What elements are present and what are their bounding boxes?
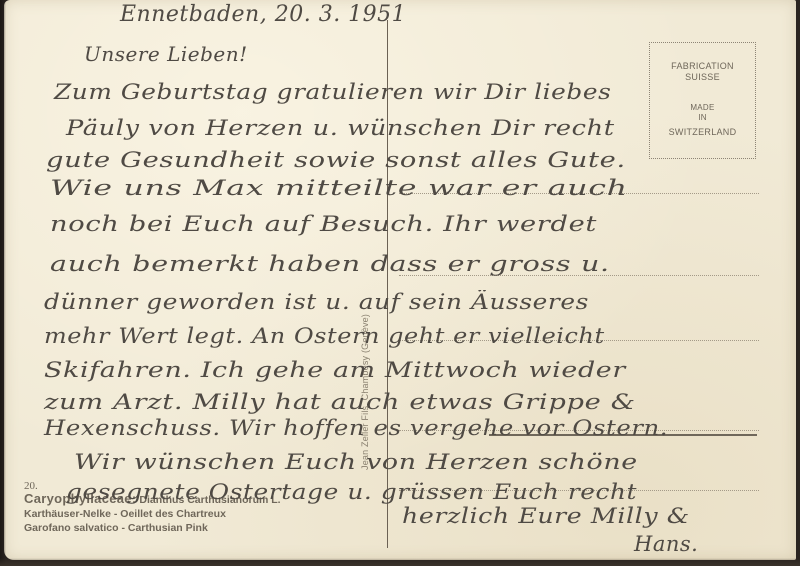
handwritten-line-8: dünner geworden ist u. auf sein Äusseres [44,290,589,314]
handwritten-line-11: zum Arzt. Milly hat auch etwas Grippe & [44,390,636,414]
scan-edge-bottom [0,558,800,566]
scan-edge-left [0,0,6,566]
handwritten-signature-hans: Hans. [634,532,698,556]
stamp-text-suisse: SUISSE [650,72,755,82]
handwritten-line-3: Päuly von Herzen u. wünschen Dir recht [66,116,615,140]
handwritten-line-7: auch bemerkt haben dass er gross u. [50,252,610,276]
handwritten-line-12: Hexenschuss. Wir hoffen es vergehe vor O… [44,416,668,440]
handwritten-dateline: Ennetbaden, 20. 3. 1951 [120,2,406,27]
handwritten-line-15: herzlich Eure Milly & [402,504,690,528]
handwritten-line-14: gesegnete Ostertage u. grüssen Euch rech… [66,480,637,504]
handwritten-line-9: mehr Wert legt. An Ostern geht er vielle… [44,324,605,348]
caption-common-names-2: Garofano salvatico - Carthusian Pink [24,521,281,535]
stamp-text-in: IN [650,113,755,122]
postcard-back: FABRICATION SUISSE MADE IN SWITZERLAND J… [4,0,796,560]
stamp-text-fabrication: FABRICATION [650,61,755,71]
handwritten-line-10: Skifahren. Ich gehe am Mittwoch wieder [44,358,626,382]
handwritten-line-13: Wir wünschen Euch von Herzen schöne [74,450,638,474]
handwritten-line-2: Zum Geburtstag gratulieren wir Dir liebe… [54,80,611,104]
handwritten-line-5: Wie uns Max mitteilte war er auch [50,176,628,200]
stamp-placeholder-box: FABRICATION SUISSE MADE IN SWITZERLAND [649,42,756,159]
caption-common-names-1: Karthäuser-Nelke - Oeillet des Chartreux [24,507,281,521]
stamp-text-switzerland: SWITZERLAND [650,127,755,137]
handwritten-line-4: gute Gesundheit sowie sonst alles Gute. [46,148,626,172]
handwritten-line-1: Unsere Lieben! [84,42,248,66]
stamp-text-made: MADE [650,103,755,112]
handwritten-line-6: noch bei Euch auf Besuch. Ihr werdet [50,212,597,236]
